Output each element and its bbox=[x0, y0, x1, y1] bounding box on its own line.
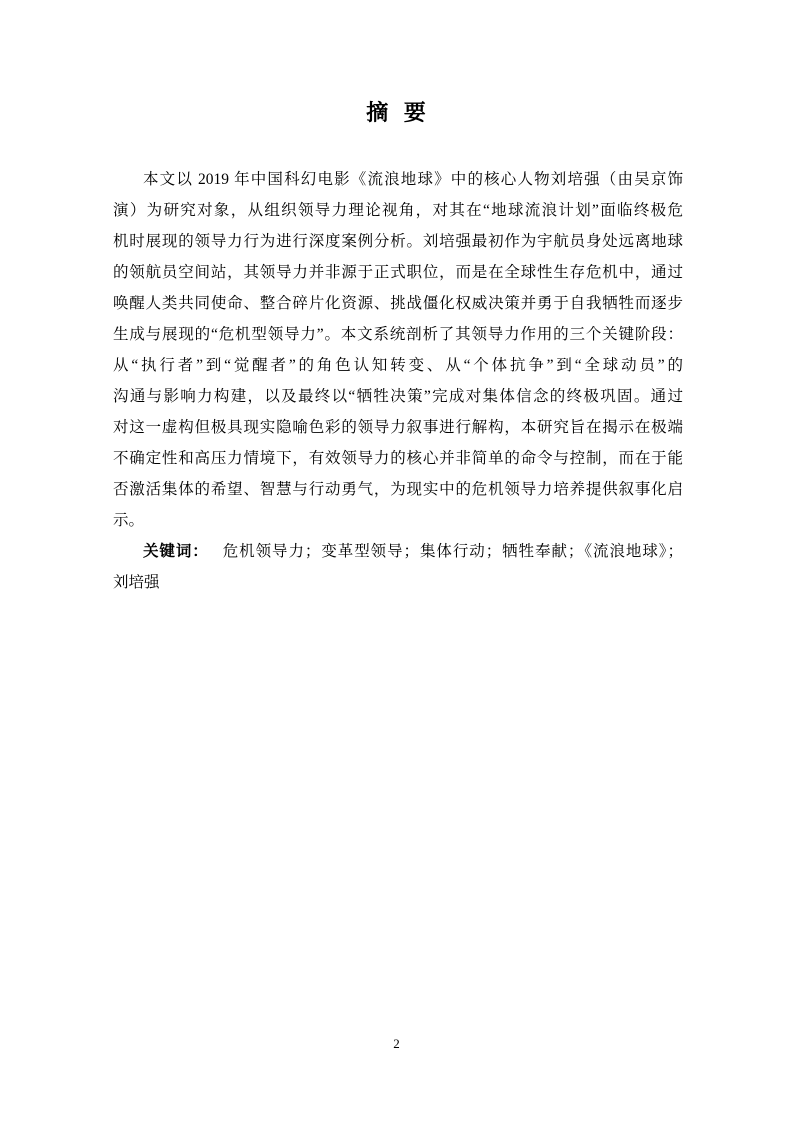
abstract-line: 唤醒人类共同使命、整合碎片化资源、挑战僵化权威决策并勇于自我牺牲而逐步 bbox=[113, 288, 683, 319]
keywords-line: 关键词：危机领导力；变革型领导；集体行动；牺牲奉献；《流浪地球》； bbox=[113, 536, 683, 567]
abstract-line: 的领航员空间站，其领导力并非源于正式职位，而是在全球性生存危机中，通过 bbox=[113, 257, 683, 288]
abstract-line: 示。 bbox=[113, 505, 683, 536]
keywords-label: 关键词： bbox=[143, 543, 209, 560]
abstract-text-block: 本文以 2019 年中国科幻电影《流浪地球》中的核心人物刘培强（由吴京饰演）为研… bbox=[113, 164, 683, 598]
page-number: 2 bbox=[0, 1034, 793, 1054]
abstract-line: 本文以 2019 年中国科幻电影《流浪地球》中的核心人物刘培强（由吴京饰 bbox=[113, 164, 683, 195]
keywords-text: 危机领导力；变革型领导；集体行动；牺牲奉献；《流浪地球》； bbox=[223, 543, 683, 560]
keywords-continuation: 刘培强 bbox=[113, 567, 683, 598]
abstract-line: 机时展现的领导力行为进行深度案例分析。刘培强最初作为宇航员身处远离地球 bbox=[113, 226, 683, 257]
abstract-line: 对这一虚构但极具现实隐喻色彩的领导力叙事进行解构，本研究旨在揭示在极端 bbox=[113, 412, 683, 443]
abstract-line: 生成与展现的“危机型领导力”。本文系统剖析了其领导力作用的三个关键阶段： bbox=[113, 319, 683, 350]
document-page: 摘 要 本文以 2019 年中国科幻电影《流浪地球》中的核心人物刘培强（由吴京饰… bbox=[0, 0, 793, 1122]
abstract-title: 摘 要 bbox=[0, 97, 793, 129]
abstract-line: 从“执行者”到“觉醒者”的角色认知转变、从“个体抗争”到“全球动员”的 bbox=[113, 350, 683, 381]
abstract-line: 沟通与影响力构建，以及最终以“牺牲决策”完成对集体信念的终极巩固。通过 bbox=[113, 381, 683, 412]
abstract-lines: 本文以 2019 年中国科幻电影《流浪地球》中的核心人物刘培强（由吴京饰演）为研… bbox=[113, 164, 683, 536]
abstract-line: 演）为研究对象，从组织领导力理论视角，对其在“地球流浪计划”面临终极危 bbox=[113, 195, 683, 226]
abstract-line: 否激活集体的希望、智慧与行动勇气，为现实中的危机领导力培养提供叙事化启 bbox=[113, 474, 683, 505]
abstract-line: 不确定性和高压力情境下，有效领导力的核心并非简单的命令与控制，而在于能 bbox=[113, 443, 683, 474]
